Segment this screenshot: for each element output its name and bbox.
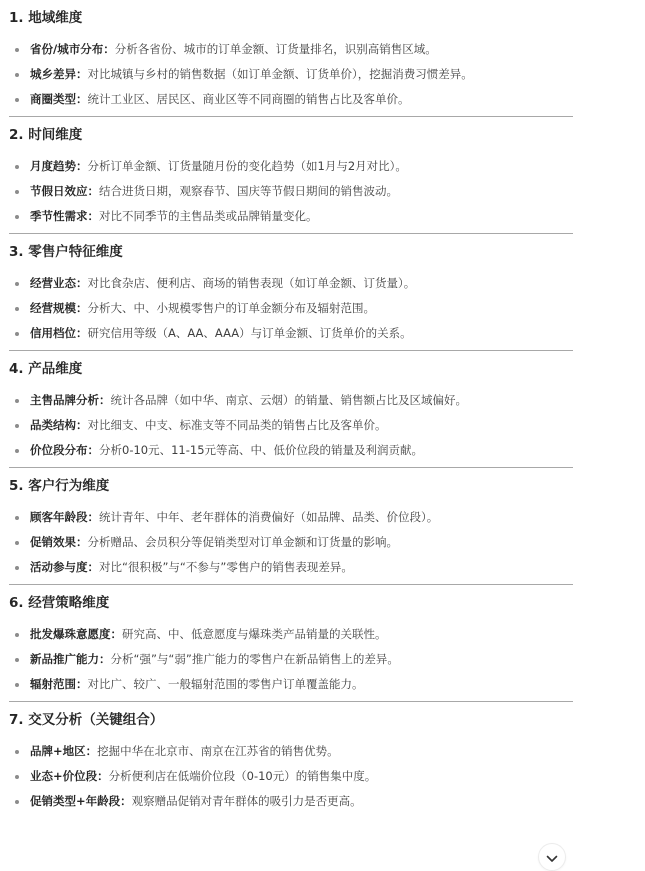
item-label: 活动参与度： [30,560,99,574]
section-title: 4. 产品维度 [9,357,573,381]
item-label: 促销效果： [30,535,88,549]
item-label: 商圈类型： [30,92,88,106]
item-label: 省份/城市分布： [30,42,115,56]
item-text: 观察赠品促销对青年群体的吸引力是否更高。 [132,794,362,808]
item-text: 分析便利店在低端价位段（0-10元）的销售集中度。 [109,769,377,783]
list-item: 省份/城市分布：分析各省份、城市的订单金额、订货量排名，识别高销售区域。 [9,38,573,63]
item-text: 分析订单金额、订货量随月份的变化趋势（如1月与2月对比）。 [88,159,407,173]
bullet-list: 主售品牌分析：统计各品牌（如中华、南京、云烟）的销量、销售额占比及区域偏好。 品… [9,381,573,464]
section-title: 1. 地域维度 [9,6,573,30]
item-text: 分析“强”与“弱”推广能力的零售户在新品销售上的差异。 [111,652,399,666]
list-item: 辐射范围：对比广、较广、一般辐射范围的零售户订单覆盖能力。 [9,673,573,698]
item-text: 挖掘中华在北京市、南京在江苏省的销售优势。 [97,744,339,758]
list-item: 顾客年龄段：统计青年、中年、老年群体的消费偏好（如品牌、品类、价位段）。 [9,506,573,531]
item-label: 经营规模： [30,301,88,315]
item-label: 业态+价位段： [30,769,109,783]
list-item: 品类结构：对比细支、中支、标准支等不同品类的销售占比及客单价。 [9,414,573,439]
item-text: 统计各品牌（如中华、南京、云烟）的销量、销售额占比及区域偏好。 [111,393,468,407]
list-item: 主售品牌分析：统计各品牌（如中华、南京、云烟）的销量、销售额占比及区域偏好。 [9,389,573,414]
item-text: 分析各省份、城市的订单金额、订货量排名，识别高销售区域。 [115,42,437,56]
item-text: 结合进货日期，观察春节、国庆等节假日期间的销售波动。 [99,184,398,198]
item-label: 新品推广能力： [30,652,111,666]
bullet-list: 月度趋势：分析订单金额、订货量随月份的变化趋势（如1月与2月对比）。 节假日效应… [9,147,573,230]
section-region: 1. 地域维度 省份/城市分布：分析各省份、城市的订单金额、订货量排名，识别高销… [9,0,573,117]
item-label: 季节性需求： [30,209,99,223]
section-cross-analysis: 7. 交叉分析（关键组合） 品牌+地区：挖掘中华在北京市、南京在江苏省的销售优势… [9,702,573,815]
list-item: 价位段分布：分析0-10元、11-15元等高、中、低价位段的销量及利润贡献。 [9,439,573,464]
item-text: 分析0-10元、11-15元等高、中、低价位段的销量及利润贡献。 [99,443,423,457]
item-label: 节假日效应： [30,184,99,198]
list-item: 促销类型+年龄段：观察赠品促销对青年群体的吸引力是否更高。 [9,790,573,815]
item-label: 品牌+地区： [30,744,97,758]
section-title: 5. 客户行为维度 [9,474,573,498]
scroll-to-bottom-button[interactable] [538,843,566,871]
list-item: 经营业态：对比食杂店、便利店、商场的销售表现（如订单金额、订货量）。 [9,272,573,297]
section-title: 7. 交叉分析（关键组合） [9,708,573,732]
item-label: 促销类型+年龄段： [30,794,132,808]
list-item: 月度趋势：分析订单金额、订货量随月份的变化趋势（如1月与2月对比）。 [9,155,573,180]
list-item: 商圈类型：统计工业区、居民区、商业区等不同商圈的销售占比及客单价。 [9,88,573,113]
item-label: 价位段分布： [30,443,99,457]
section-product: 4. 产品维度 主售品牌分析：统计各品牌（如中华、南京、云烟）的销量、销售额占比… [9,351,573,468]
item-text: 对比不同季节的主售品类或品牌销量变化。 [99,209,318,223]
item-text: 分析大、中、小规模零售户的订单金额分布及辐射范围。 [88,301,376,315]
item-label: 城乡差异： [30,67,88,81]
item-label: 主售品牌分析： [30,393,111,407]
list-item: 季节性需求：对比不同季节的主售品类或品牌销量变化。 [9,205,573,230]
list-item: 活动参与度：对比“很积极”与“不参与”零售户的销售表现差异。 [9,556,573,581]
list-item: 节假日效应：结合进货日期，观察春节、国庆等节假日期间的销售波动。 [9,180,573,205]
bullet-list: 批发爆珠意愿度：研究高、中、低意愿度与爆珠类产品销量的关联性。 新品推广能力：分… [9,615,573,698]
item-label: 月度趋势： [30,159,88,173]
item-label: 信用档位： [30,326,88,340]
item-text: 对比“很积极”与“不参与”零售户的销售表现差异。 [99,560,353,574]
section-title: 2. 时间维度 [9,123,573,147]
bullet-list: 顾客年龄段：统计青年、中年、老年群体的消费偏好（如品牌、品类、价位段）。 促销效… [9,498,573,581]
bullet-list: 品牌+地区：挖掘中华在北京市、南京在江苏省的销售优势。 业态+价位段：分析便利店… [9,732,573,815]
item-text: 研究信用等级（A、AA、AAA）与订单金额、订货单价的关系。 [88,326,412,340]
document-content: 1. 地域维度 省份/城市分布：分析各省份、城市的订单金额、订货量排名，识别高销… [9,0,573,815]
chevron-down-icon [546,848,558,867]
section-customer: 5. 客户行为维度 顾客年龄段：统计青年、中年、老年群体的消费偏好（如品牌、品类… [9,468,573,585]
item-text: 统计青年、中年、老年群体的消费偏好（如品牌、品类、价位段）。 [99,510,438,524]
item-text: 统计工业区、居民区、商业区等不同商圈的销售占比及客单价。 [88,92,410,106]
bullet-list: 经营业态：对比食杂店、便利店、商场的销售表现（如订单金额、订货量）。 经营规模：… [9,264,573,347]
list-item: 品牌+地区：挖掘中华在北京市、南京在江苏省的销售优势。 [9,740,573,765]
list-item: 业态+价位段：分析便利店在低端价位段（0-10元）的销售集中度。 [9,765,573,790]
item-label: 顾客年龄段： [30,510,99,524]
section-retailer: 3. 零售户特征维度 经营业态：对比食杂店、便利店、商场的销售表现（如订单金额、… [9,234,573,351]
bullet-list: 省份/城市分布：分析各省份、城市的订单金额、订货量排名，识别高销售区域。 城乡差… [9,30,573,113]
item-label: 批发爆珠意愿度： [30,627,122,641]
item-text: 对比食杂店、便利店、商场的销售表现（如订单金额、订货量）。 [88,276,416,290]
section-title: 3. 零售户特征维度 [9,240,573,264]
list-item: 促销效果：分析赠品、会员积分等促销类型对订单金额和订货量的影响。 [9,531,573,556]
item-label: 品类结构： [30,418,88,432]
list-item: 批发爆珠意愿度：研究高、中、低意愿度与爆珠类产品销量的关联性。 [9,623,573,648]
item-text: 对比城镇与乡村的销售数据（如订单金额、订货单价），挖掘消费习惯差异。 [88,67,473,81]
item-text: 分析赠品、会员积分等促销类型对订单金额和订货量的影响。 [88,535,399,549]
list-item: 城乡差异：对比城镇与乡村的销售数据（如订单金额、订货单价），挖掘消费习惯差异。 [9,63,573,88]
section-time: 2. 时间维度 月度趋势：分析订单金额、订货量随月份的变化趋势（如1月与2月对比… [9,117,573,234]
item-label: 辐射范围： [30,677,88,691]
list-item: 信用档位：研究信用等级（A、AA、AAA）与订单金额、订货单价的关系。 [9,322,573,347]
item-label: 经营业态： [30,276,88,290]
section-title: 6. 经营策略维度 [9,591,573,615]
item-text: 研究高、中、低意愿度与爆珠类产品销量的关联性。 [122,627,387,641]
list-item: 新品推广能力：分析“强”与“弱”推广能力的零售户在新品销售上的差异。 [9,648,573,673]
section-strategy: 6. 经营策略维度 批发爆珠意愿度：研究高、中、低意愿度与爆珠类产品销量的关联性… [9,585,573,702]
item-text: 对比细支、中支、标准支等不同品类的销售占比及客单价。 [88,418,387,432]
item-text: 对比广、较广、一般辐射范围的零售户订单覆盖能力。 [88,677,364,691]
list-item: 经营规模：分析大、中、小规模零售户的订单金额分布及辐射范围。 [9,297,573,322]
